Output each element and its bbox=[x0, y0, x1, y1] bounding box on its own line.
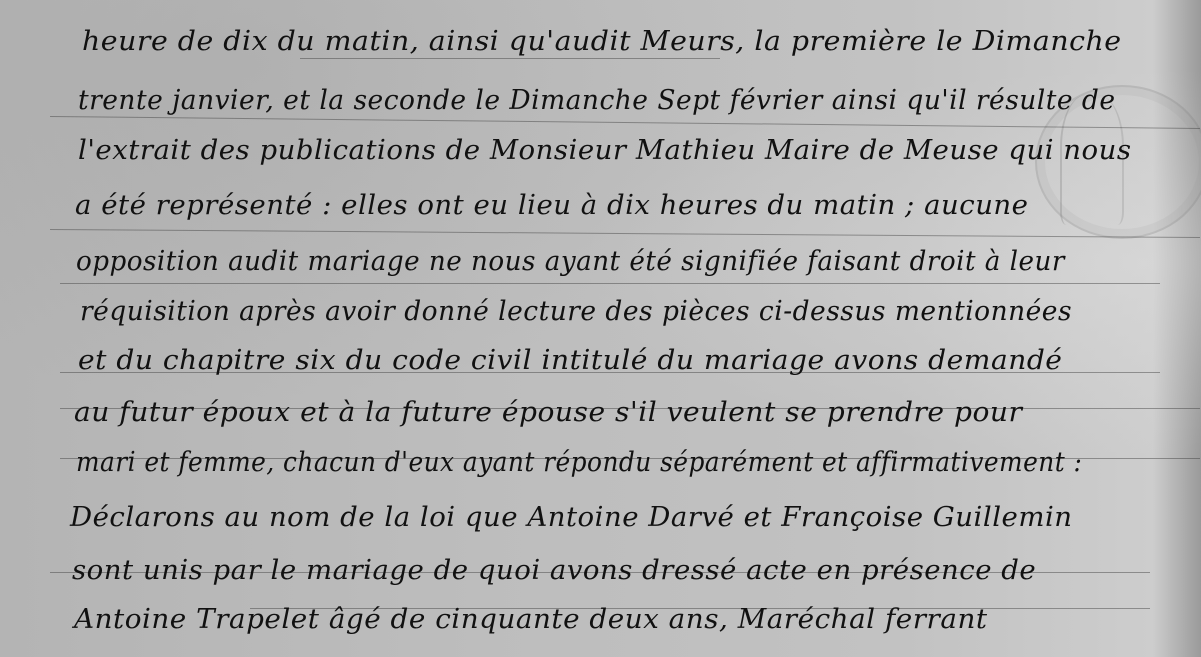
rule-line bbox=[50, 229, 1200, 238]
manuscript-line-12: Antoine Trapelet âgé de cinquante deux a… bbox=[74, 604, 988, 635]
manuscript-line-6: réquisition après avoir donné lecture de… bbox=[80, 296, 1072, 327]
rule-line bbox=[300, 58, 720, 59]
manuscript-line-11: sont unis par le mariage de quoi avons d… bbox=[72, 555, 1036, 586]
manuscript-page: heure de dix du matin, ainsi qu'audit Me… bbox=[0, 0, 1201, 657]
manuscript-line-2: trente janvier, et la seconde le Dimanch… bbox=[78, 85, 1116, 116]
manuscript-line-5: opposition audit mariage ne nous ayant é… bbox=[76, 246, 1065, 277]
manuscript-line-7: et du chapitre six du code civil intitul… bbox=[78, 345, 1062, 376]
manuscript-line-10: Déclarons au nom de la loi que Antoine D… bbox=[70, 502, 1073, 533]
rule-line bbox=[60, 283, 1160, 284]
manuscript-line-3: l'extrait des publications de Monsieur M… bbox=[78, 135, 1132, 166]
manuscript-line-4: a été représenté : elles ont eu lieu à d… bbox=[75, 190, 1028, 221]
manuscript-line-8: au futur époux et à la future épouse s'i… bbox=[74, 397, 1022, 428]
manuscript-line-9: mari et femme, chacun d'eux ayant répond… bbox=[76, 447, 1082, 478]
manuscript-line-1: heure de dix du matin, ainsi qu'audit Me… bbox=[82, 26, 1122, 57]
rule-line bbox=[50, 116, 1200, 129]
